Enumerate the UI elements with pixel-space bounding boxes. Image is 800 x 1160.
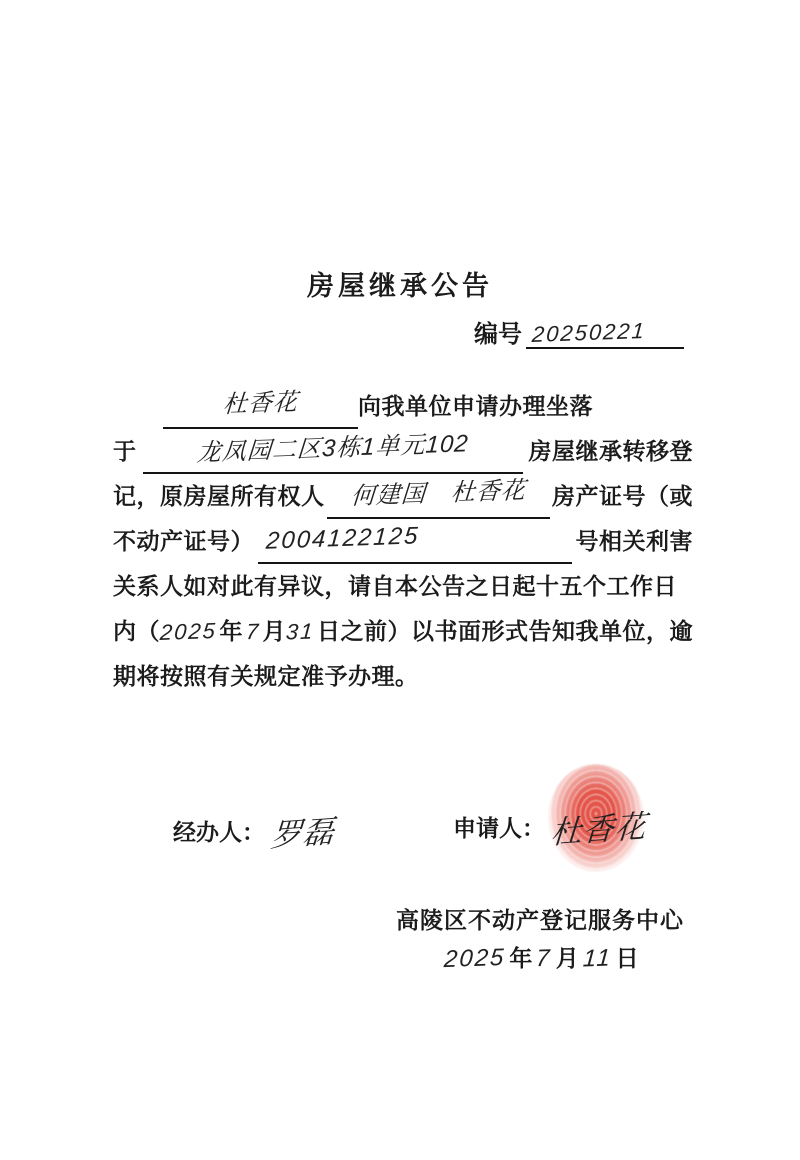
doc-number-row: 编号 20250221 <box>474 314 684 349</box>
issuing-org: 高陵区不动产登记服务中心 <box>396 902 684 935</box>
deadline-month-handwriting: 7 <box>244 609 261 655</box>
body-line-3-text: 房产证号（或 <box>552 474 693 519</box>
scanned-notice-page: 房屋继承公告 编号 20250221 杜香花 向我单位申请办理坐落 于 龙凤园二… <box>0 0 800 1160</box>
deadline-month-unit: 月 <box>262 609 286 654</box>
doc-number-value: 20250221 <box>531 318 647 348</box>
handler-signature-row: 经办人： 罗磊 <box>173 808 335 853</box>
previous-owner-handwriting: 何建国 杜香花 <box>349 468 527 519</box>
body-line-4: 不动产证号） 2004122125 号相关利害 <box>113 519 693 564</box>
issue-month-handwriting: 7 <box>535 945 552 974</box>
issue-date-row: 2025 年 7 月 11 日 <box>444 940 639 973</box>
body-line-5-text: 关系人如对此有异议，请自本公告之日起十五个工作日 <box>113 564 677 609</box>
doc-number-blank: 20250221 <box>526 319 684 349</box>
page-title: 房屋继承公告 <box>0 264 800 303</box>
body-line-2-prefix: 于 <box>113 429 137 474</box>
body-line-1-text: 向我单位申请办理坐落 <box>358 384 593 429</box>
issue-month-unit: 月 <box>556 940 579 973</box>
certificate-number-blank: 2004122125 <box>258 516 572 564</box>
notice-body: 杜香花 向我单位申请办理坐落 于 龙凤园二区3栋1单元102 房屋继承转移登 记… <box>113 384 693 699</box>
body-line-6-text: 日之前）以书面形式告知我单位，逾 <box>317 609 693 654</box>
deadline-day-handwriting: 31 <box>284 608 316 654</box>
doc-number-label: 编号 <box>474 314 522 349</box>
body-line-1: 杜香花 向我单位申请办理坐落 <box>113 384 693 429</box>
property-address-blank: 龙凤园二区3栋1单元102 <box>143 426 523 474</box>
issue-year-unit: 年 <box>509 940 532 973</box>
applicant-signature-handwriting: 杜香花 <box>550 800 649 852</box>
body-line-6: 内（ 2025 年 7 月 31 日之前）以书面形式告知我单位，逾 <box>113 609 693 654</box>
body-line-3: 记，原房屋所有权人 何建国 杜香花 房产证号（或 <box>113 474 693 519</box>
issue-day-handwriting: 11 <box>582 944 613 973</box>
previous-owner-blank: 何建国 杜香花 <box>327 471 551 519</box>
certificate-number-handwriting: 2004122125 <box>264 513 421 563</box>
body-line-7-text: 期将按照有关规定准予办理。 <box>113 654 419 699</box>
applicant-name-blank: 杜香花 <box>163 381 358 429</box>
body-line-3-prefix: 记，原房屋所有权人 <box>113 474 325 519</box>
body-line-4-prefix: 不动产证号） <box>113 519 254 564</box>
deadline-year-unit: 年 <box>220 609 244 654</box>
issue-day-unit: 日 <box>616 940 639 973</box>
body-line-5: 关系人如对此有异议，请自本公告之日起十五个工作日 <box>113 564 693 609</box>
handler-signature-handwriting: 罗磊 <box>269 806 336 856</box>
body-line-2: 于 龙凤园二区3栋1单元102 房屋继承转移登 <box>113 429 693 474</box>
issue-year-handwriting: 2025 <box>443 944 506 974</box>
property-address-handwriting: 龙凤园二区3栋1单元102 <box>195 421 470 476</box>
body-line-6-prefix: 内（ <box>113 609 160 654</box>
body-line-2-text: 房屋继承转移登 <box>529 429 694 474</box>
handler-label: 经办人： <box>173 814 265 847</box>
body-line-7: 期将按照有关规定准予办理。 <box>113 654 693 699</box>
applicant-label: 申请人： <box>453 810 545 843</box>
body-line-4-text: 号相关利害 <box>576 519 694 564</box>
applicant-signature-row: 申请人： 杜香花 <box>453 804 647 849</box>
deadline-year-handwriting: 2025 <box>158 608 218 655</box>
applicant-name-handwriting: 杜香花 <box>221 380 299 428</box>
